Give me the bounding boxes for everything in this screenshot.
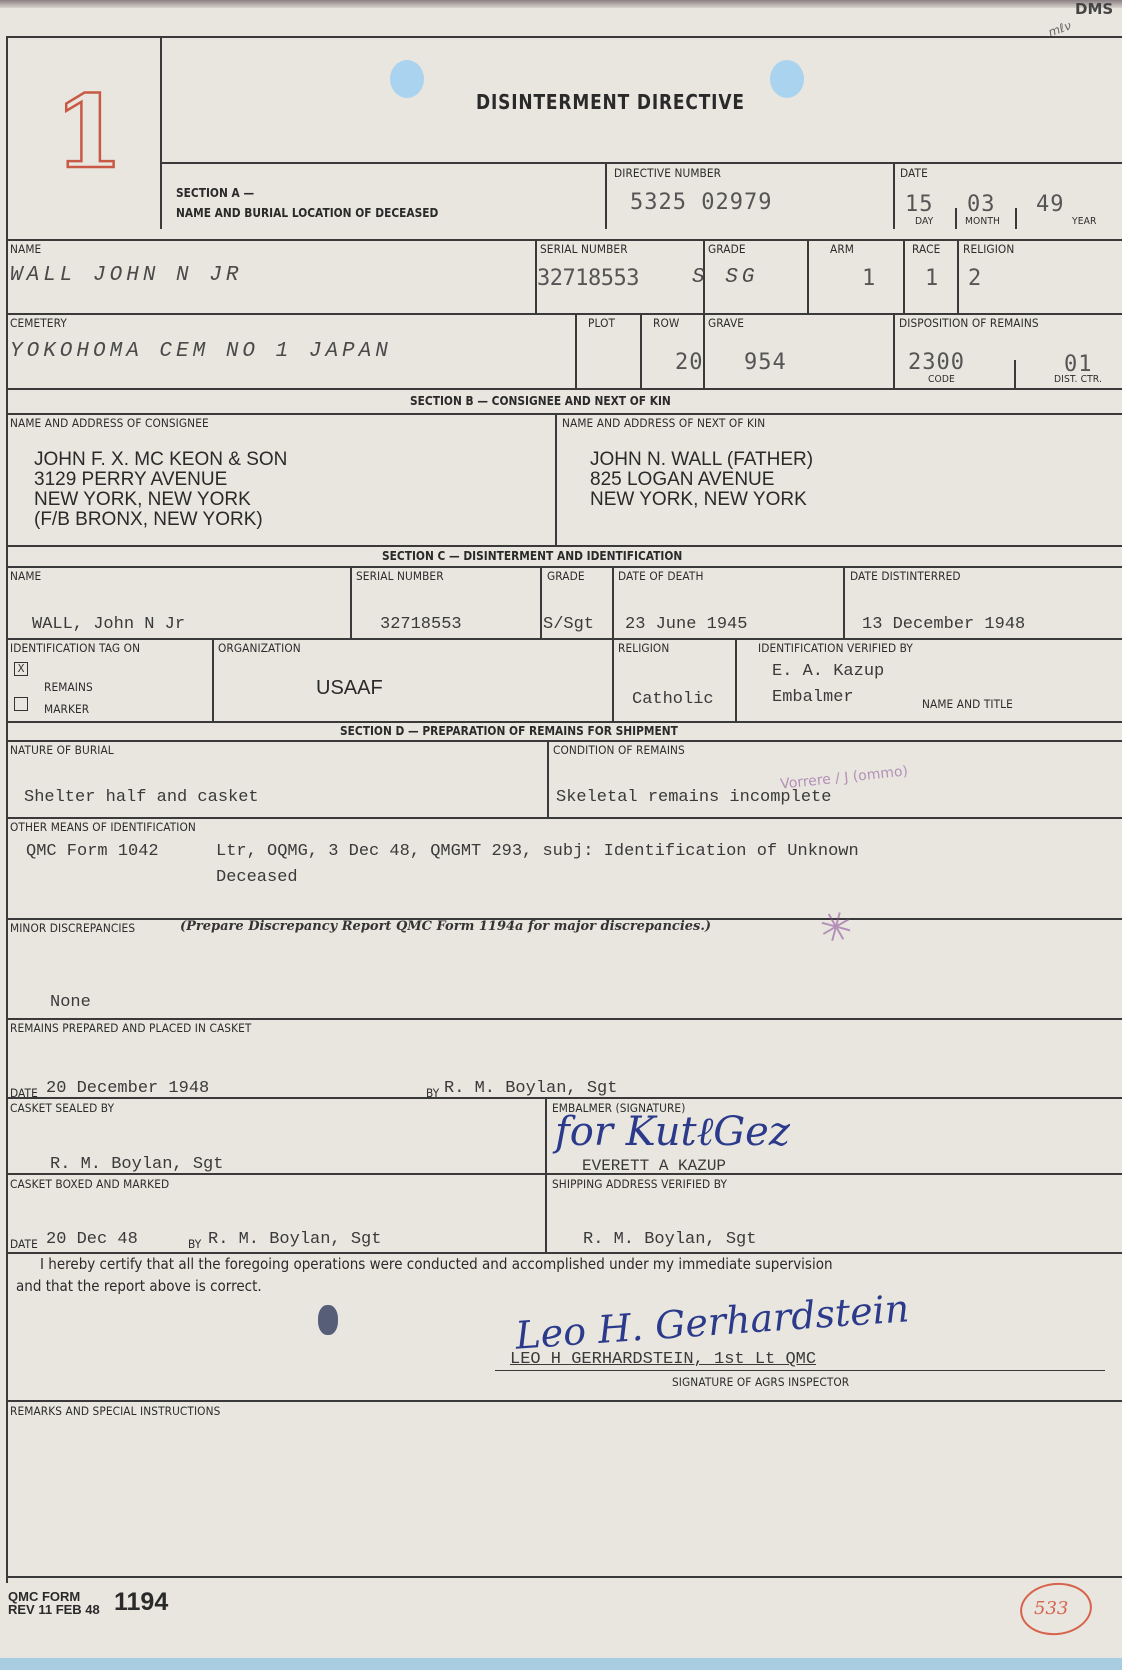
cemetery-value: YOKOHOMA CEM NO 1 JAPAN (10, 340, 392, 363)
id-tag-label: IDENTIFICATION TAG ON (10, 641, 140, 655)
punch-hole-right (770, 60, 804, 98)
casket-boxed-by-label: BY (188, 1237, 201, 1251)
other-means-letter: Ltr, OQMG, 3 Dec 48, QMGMT 293, subj: Id… (216, 842, 859, 861)
divider (605, 162, 607, 229)
divider (1015, 208, 1017, 229)
name-value: WALL JOHN N JR (10, 264, 242, 287)
purple-stamp-mark: Vorrere / J (ommo) (780, 763, 909, 792)
frame-top (6, 36, 1122, 38)
disposition-code: 2300 (908, 350, 965, 375)
form-number: 1194 (114, 1588, 168, 1617)
organization-label: ORGANIZATION (218, 641, 301, 655)
divider (6, 817, 1122, 819)
religion-value: 2 (968, 266, 982, 291)
date-label: DATE (900, 166, 928, 180)
divider (6, 413, 1122, 415)
divider (6, 313, 1122, 315)
divider (212, 638, 214, 721)
c-serial-value: 32718553 (380, 615, 462, 634)
divider (6, 545, 1122, 547)
serial-number-value: 32718553 (537, 266, 639, 291)
remains-prepared-label: REMAINS PREPARED AND PLACED IN CASKET (10, 1021, 251, 1035)
race-label: RACE (912, 242, 940, 256)
directive-number-label: DIRECTIVE NUMBER (614, 166, 721, 180)
copy-number: 1 (54, 82, 124, 182)
c-name-label: NAME (10, 569, 41, 583)
page-title: DISINTERMENT DIRECTIVE (476, 90, 745, 114)
divider (6, 1018, 1122, 1020)
corner-annotation: DMS (1075, 0, 1113, 18)
divider (6, 1097, 1122, 1099)
divider (735, 638, 737, 721)
certification-text-1: I hereby certify that all the foregoing … (40, 1255, 833, 1273)
divider (6, 740, 1122, 742)
other-means-line2: Deceased (216, 868, 298, 887)
document-page: DMS mℓν 1 DISINTERMENT DIRECTIVE SECTION… (0, 0, 1122, 1658)
verified-by-label: IDENTIFICATION VERIFIED BY (758, 641, 913, 655)
divider (6, 1252, 1122, 1254)
date-of-death-label: DATE OF DEATH (618, 569, 704, 583)
disposition-label: DISPOSITION OF REMAINS (899, 316, 1039, 330)
divider (955, 208, 957, 229)
id-tag-marker-label: MARKER (44, 702, 89, 716)
divider (6, 1576, 1122, 1578)
arm-value: 1 (862, 266, 876, 291)
serial-number-label: SERIAL NUMBER (540, 242, 628, 256)
divider (555, 413, 557, 545)
name-and-title-label: NAME AND TITLE (922, 697, 1013, 711)
consignee-label: NAME AND ADDRESS OF CONSIGNEE (10, 416, 209, 430)
casket-boxed-by: R. M. Boylan, Sgt (208, 1230, 381, 1249)
divider (6, 1400, 1122, 1402)
remains-prepared-by: R. M. Boylan, Sgt (444, 1079, 617, 1098)
casket-boxed-date-label: DATE (10, 1237, 38, 1251)
nature-of-burial-label: NATURE OF BURIAL (10, 743, 114, 757)
next-of-kin-line: 825 LOGAN AVENUE (590, 470, 774, 490)
id-tag-marker-checkbox[interactable] (14, 697, 28, 711)
date-of-death-value: 23 June 1945 (625, 615, 747, 634)
verified-by-title: Embalmer (772, 688, 854, 707)
grave-value: 954 (744, 350, 787, 375)
remarks-field[interactable] (10, 1430, 1110, 1570)
divider (807, 239, 809, 314)
next-of-kin-label: NAME AND ADDRESS OF NEXT OF KIN (562, 416, 765, 430)
consignee-line: (F/B BRONX, NEW YORK) (34, 510, 263, 530)
inspector-typed-name: LEO H GERHARDSTEIN, 1st Lt QMC (510, 1350, 816, 1369)
date-day: 15 (905, 192, 934, 217)
section-c-heading: SECTION C — DISINTERMENT AND IDENTIFICAT… (382, 548, 682, 563)
divider (350, 566, 352, 638)
grade-label: GRADE (708, 242, 746, 256)
date-year: 49 (1036, 192, 1065, 217)
c-religion-label: RELIGION (618, 641, 669, 655)
grave-label: GRAVE (708, 316, 744, 330)
name-label: NAME (10, 242, 41, 256)
minor-discrepancies-note: (Prepare Discrepancy Report QMC Form 119… (180, 919, 711, 934)
id-tag-remains-label: REMAINS (44, 680, 93, 694)
inspector-signature: Leo H. Gerhardstein (514, 1286, 911, 1357)
form-label-line2: REV 11 FEB 48 (8, 1603, 100, 1616)
grade-value: S SG (692, 266, 758, 289)
frame-left (6, 36, 8, 1583)
consignee-line: NEW YORK, NEW YORK (34, 490, 251, 510)
day-label: DAY (915, 216, 933, 227)
month-label: MONTH (965, 216, 1000, 227)
embalmer-signature: for KutℓGez (555, 1108, 790, 1155)
condition-label: CONDITION OF REMAINS (553, 743, 685, 757)
divider (640, 313, 642, 388)
c-grade-value: S/Sgt (543, 615, 594, 634)
casket-boxed-label: CASKET BOXED AND MARKED (10, 1177, 169, 1191)
casket-sealed-label: CASKET SEALED BY (10, 1101, 114, 1115)
ink-blot (318, 1305, 338, 1335)
section-a-subheading: NAME AND BURIAL LOCATION OF DECEASED (176, 205, 438, 220)
cemetery-label: CEMETERY (10, 316, 67, 330)
divider (160, 162, 1122, 164)
year-label: YEAR (1072, 216, 1096, 227)
purple-scribble: ✳ (811, 900, 863, 957)
consignee-line: JOHN F. X. MC KEON & SON (34, 450, 287, 470)
divider (893, 313, 895, 388)
section-b-heading: SECTION B — CONSIGNEE AND NEXT OF KIN (410, 393, 671, 408)
section-a-heading: SECTION A — (176, 185, 254, 200)
religion-label: RELIGION (963, 242, 1014, 256)
punch-hole-left (390, 60, 424, 98)
page-stamp-number: 533 (1034, 1598, 1068, 1619)
divider (545, 1097, 547, 1252)
divider (903, 239, 905, 314)
other-means-label: OTHER MEANS OF IDENTIFICATION (10, 820, 196, 834)
divider (540, 566, 542, 638)
plot-label: PLOT (588, 316, 615, 330)
divider (547, 740, 549, 818)
certification-text-2: and that the report above is correct. (16, 1277, 262, 1295)
inspector-signature-label: SIGNATURE OF AGRS INSPECTOR (672, 1375, 849, 1389)
minor-discrepancies-label: MINOR DISCREPANCIES (10, 921, 135, 935)
consignee-line: 3129 PERRY AVENUE (34, 470, 227, 490)
divider (703, 313, 705, 388)
divider (893, 162, 895, 229)
divider (843, 566, 845, 638)
race-value: 1 (925, 266, 939, 291)
casket-sealed-value: R. M. Boylan, Sgt (50, 1155, 223, 1174)
minor-discrepancies-value: None (50, 993, 91, 1012)
divider (1014, 360, 1016, 388)
id-tag-remains-checkbox[interactable]: X (14, 662, 28, 676)
c-name-value: WALL, John N Jr (32, 615, 185, 634)
row-value: 20 (675, 350, 704, 375)
dist-ctr-label: DIST. CTR. (1054, 374, 1102, 385)
arm-label: ARM (830, 242, 854, 256)
c-serial-label: SERIAL NUMBER (356, 569, 444, 583)
page-top-edge (0, 0, 1122, 8)
divider (6, 566, 1122, 568)
nature-of-burial-value: Shelter half and casket (24, 788, 259, 807)
divider (6, 1173, 1122, 1175)
c-grade-label: GRADE (547, 569, 585, 583)
remarks-label: REMARKS AND SPECIAL INSTRUCTIONS (10, 1404, 220, 1418)
code-label: CODE (928, 374, 955, 385)
organization-value: USAAF (316, 678, 383, 698)
date-disinterred-value: 13 December 1948 (862, 615, 1025, 634)
divider (160, 36, 162, 229)
casket-boxed-date: 20 Dec 48 (46, 1230, 138, 1249)
form-label: QMC FORM REV 11 FEB 48 (8, 1590, 100, 1616)
next-of-kin-line: JOHN N. WALL (FATHER) (590, 450, 813, 470)
directive-number-value: 5325 02979 (630, 190, 772, 215)
verified-by-name: E. A. Kazup (772, 662, 884, 681)
c-religion-value: Catholic (632, 690, 714, 709)
date-month: 03 (967, 192, 996, 217)
row-label: ROW (653, 316, 679, 330)
divider (575, 313, 577, 388)
shipping-verified-value: R. M. Boylan, Sgt (583, 1230, 756, 1249)
next-of-kin-line: NEW YORK, NEW YORK (590, 490, 807, 510)
divider (6, 388, 1122, 390)
signature-line (495, 1370, 1105, 1371)
divider (6, 239, 1122, 241)
date-disinterred-label: DATE DISTINTERRED (850, 569, 961, 583)
other-means-form: QMC Form 1042 (26, 842, 159, 861)
divider (6, 638, 1122, 640)
divider (957, 239, 959, 314)
remains-prepared-date: 20 December 1948 (46, 1079, 209, 1098)
section-d-heading: SECTION D — PREPARATION OF REMAINS FOR S… (340, 723, 678, 738)
divider (612, 566, 614, 721)
shipping-verified-label: SHIPPING ADDRESS VERIFIED BY (552, 1177, 727, 1191)
